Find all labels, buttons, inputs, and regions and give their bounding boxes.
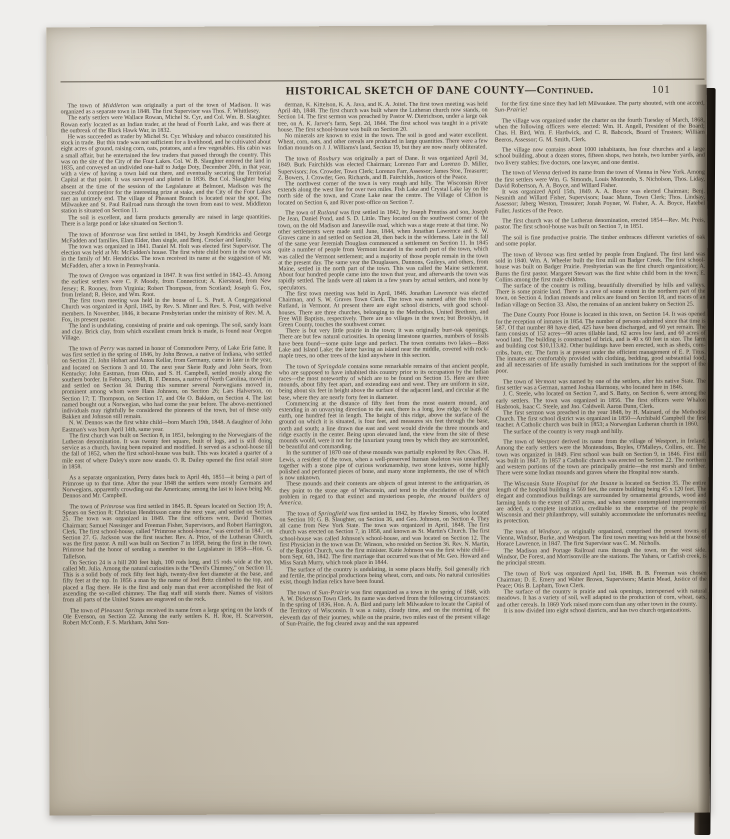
paragraph: The town of Primrose was first settled i…: [62, 503, 272, 560]
page-title: HISTORICAL SKETCH OF DANE COUNTY—Continu…: [286, 84, 594, 97]
paragraph: The town of Springdale contains some rem…: [279, 363, 489, 401]
paragraph: The first town meeting was held in April…: [278, 290, 488, 328]
paragraph: The town of Pleasant Springs received it…: [63, 607, 273, 627]
paragraph: These mounds and their contents are obje…: [279, 481, 489, 507]
paragraph: The first sermon was preached in the yea…: [496, 410, 706, 430]
paragraph: The soil is fine productive prairie. The…: [495, 235, 705, 248]
text-column-3: for the first time since they had left M…: [495, 101, 708, 742]
paragraph: The village was organized under the char…: [495, 117, 705, 143]
paragraph: N. W. Dennos was the first white child—b…: [62, 420, 272, 433]
paragraph: There is but very little prairie in the …: [279, 328, 489, 360]
paragraph: The surface of the country is prairie an…: [497, 589, 707, 609]
paragraph: The surface of the country is very rough…: [496, 428, 706, 435]
paragraph: The town of Springfield was first settle…: [279, 510, 489, 567]
paragraph: It was organized April 15th, 1849. A. A.…: [495, 189, 705, 215]
paragraph: The Wisconsin State Hospital for the Ins…: [496, 481, 706, 525]
page-title-main: HISTORICAL SKETCH OF DANE COUNTY—: [286, 84, 537, 97]
paragraph: The town was organized in 1841. Daniel M…: [61, 243, 271, 269]
text-column-1: The town of Middleton was originally a p…: [61, 102, 274, 743]
paragraph: Commencing at the distance of fifty feet…: [279, 400, 489, 451]
paragraph: As a separate organization, Perry dates …: [62, 474, 272, 500]
paragraph: The town of Roxbury was originally a par…: [278, 156, 488, 182]
paragraph: The Dane County Poor House is located in…: [496, 312, 706, 375]
paragraph: The town of Vienna derived its name from…: [495, 170, 705, 190]
page-number: 101: [652, 85, 671, 96]
paragraph: The town of Verona was first settled by …: [495, 252, 705, 284]
paragraph: The first town meeting was held in the h…: [61, 298, 271, 324]
paragraph: The early settlers were Wallace Rowan, M…: [61, 115, 271, 135]
paragraph: J. C. Steele, who located on Section 7, …: [496, 391, 706, 411]
page-header: HISTORICAL SKETCH OF DANE COUNTY—Continu…: [61, 79, 705, 103]
paragraph: The first church was of the Lutheran den…: [495, 218, 705, 231]
paragraph: The town of Westport derived its name fr…: [496, 439, 706, 477]
paragraph: derman, K. Kittelson, K. A. Java, and K.…: [278, 102, 488, 134]
paragraph: The town of York was organized April 1st…: [497, 570, 707, 590]
paragraph: for the first time since they had left M…: [495, 101, 705, 114]
scanned-book-photo: HISTORICAL SKETCH OF DANE COUNTY—Continu…: [0, 0, 730, 839]
paragraph: The town of Rutland was first settled in…: [278, 210, 488, 292]
paragraph: The northwest corner of the town is very…: [278, 180, 488, 206]
paragraph: The village now contains about 1000 inha…: [495, 147, 705, 167]
paragraph: The first church was built on Section 8,…: [62, 432, 272, 470]
paragraph: The surface of the country is rolling, b…: [495, 283, 705, 309]
paragraph: The surface of the country is undulating…: [280, 566, 490, 586]
paragraph: The town of Middleton was originally a p…: [61, 102, 271, 115]
paragraph: He was succeeded as trader by Michel St.…: [61, 133, 271, 215]
paragraph: The town of Oregon was organized in 1847…: [61, 273, 271, 299]
paper-page: HISTORICAL SKETCH OF DANE COUNTY—Continu…: [46, 25, 709, 816]
paragraph: It is now divided into eight school dist…: [497, 607, 707, 614]
paragraph: The Madison and Portage Railroad runs th…: [497, 547, 707, 567]
paragraph: The town of Sun-Prairie was first organi…: [280, 589, 490, 627]
paragraph: The soil is excellent, and farm products…: [61, 214, 271, 227]
paragraph: No minerals are known to exist in the to…: [278, 133, 488, 153]
paragraph: The town of Perry was named in honor of …: [62, 345, 272, 420]
text-column-2: derman, K. Kittelson, K. A. Java, and K.…: [278, 102, 491, 743]
header-rule: [61, 79, 705, 83]
page-title-continued: Continued.: [537, 84, 594, 96]
paragraph: In the summer of 1870 one of these mound…: [279, 450, 489, 482]
paragraph: The land is undulating, consisting of pr…: [62, 322, 272, 342]
paragraph: The town of Windsor, as originally organ…: [496, 528, 706, 548]
paragraph: The town of Montrose was first settled i…: [61, 231, 271, 244]
paragraph: On Section 24 is a hill 200 feet high, 1…: [63, 559, 273, 603]
paragraph: The town of Vermont was named by one of …: [496, 378, 706, 391]
text-columns: The town of Middleton was originally a p…: [61, 101, 708, 744]
